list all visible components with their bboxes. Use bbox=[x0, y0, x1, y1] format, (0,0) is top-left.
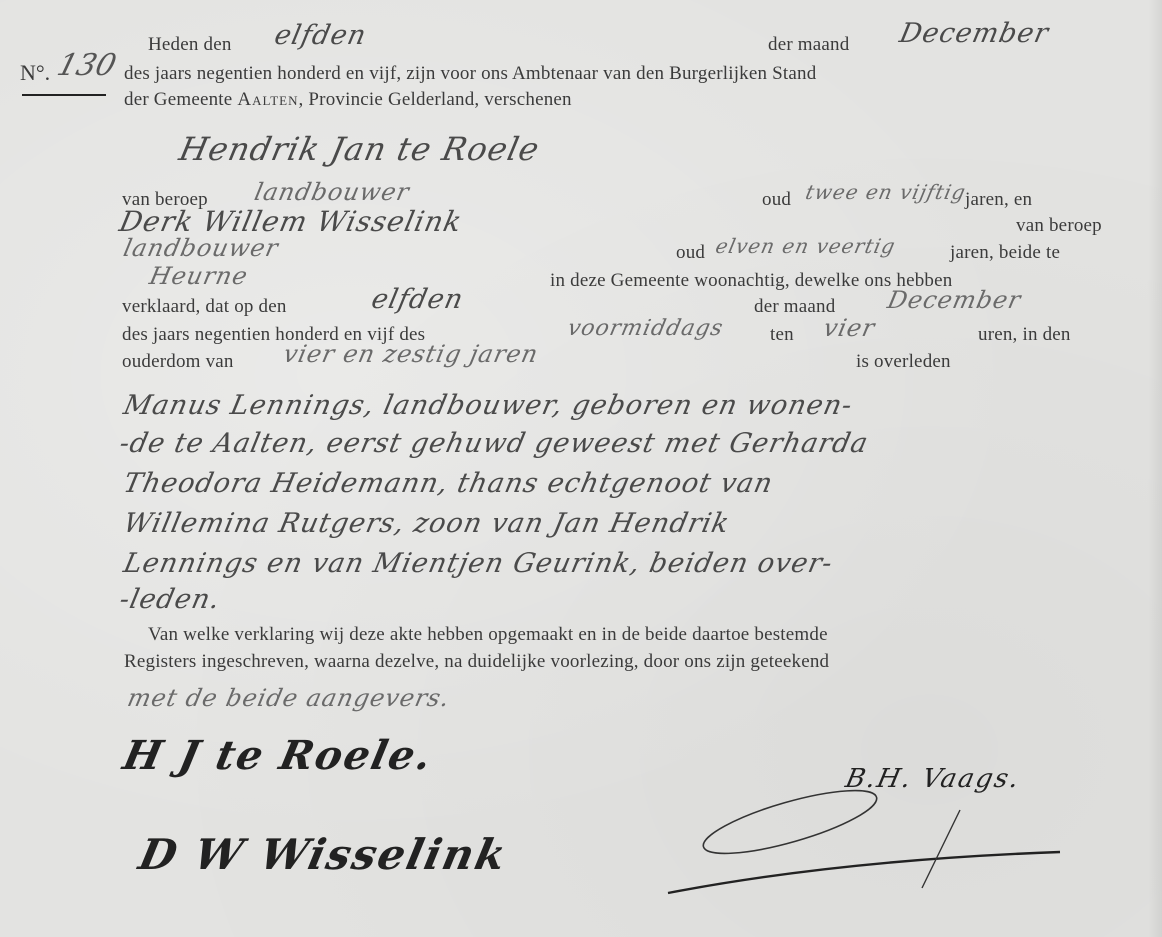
record-number: 130 bbox=[53, 48, 120, 83]
text-jaren-en: jaren, en bbox=[965, 189, 1032, 211]
registrar-signature-flourish bbox=[640, 760, 1100, 910]
hand-hour: vier bbox=[821, 314, 878, 342]
text-van-beroep-2: van beroep bbox=[1016, 215, 1102, 237]
hand-age-1: twee en vijftig bbox=[803, 180, 968, 204]
hand-closing: met de beide aangevers. bbox=[125, 684, 453, 712]
text-line-2: des jaars negentien honderd en vijf, zij… bbox=[124, 63, 816, 85]
place-aalten: Aalten bbox=[237, 89, 298, 110]
text-is-overleden: is overleden bbox=[856, 351, 951, 373]
hand-occupation-2: landbouwer bbox=[121, 234, 281, 262]
text-oud-2: oud bbox=[676, 242, 705, 264]
hand-body-line-6: -leden. bbox=[117, 584, 224, 615]
death-record-page: N°. 130 Heden den elfden der maand Decem… bbox=[0, 0, 1162, 937]
hand-death-month: December bbox=[885, 286, 1024, 314]
text-closing-2: Registers ingeschreven, waarna dezelve, … bbox=[124, 651, 829, 673]
hand-time-of-day: voormiddags bbox=[565, 316, 725, 341]
text-heden-den: Heden den bbox=[148, 34, 232, 56]
hand-body-line-5: Lennings en van Mientjen Geurink, beiden… bbox=[121, 548, 836, 579]
signature-declarant-2: D W Wisselink bbox=[135, 830, 512, 879]
text-ouderdom-van: ouderdom van bbox=[122, 351, 234, 373]
hand-body-line-3: Theodora Heidemann, thans echtgenoot van bbox=[121, 468, 776, 499]
page-edge-shadow bbox=[1148, 0, 1162, 937]
text-uren-in-den: uren, in den bbox=[978, 324, 1071, 346]
record-number-label: N°. bbox=[20, 60, 50, 86]
text-ten: ten bbox=[770, 324, 794, 346]
text-closing-1: Van welke verklaring wij deze akte hebbe… bbox=[148, 624, 828, 646]
text-der-maand-2: der maand bbox=[754, 296, 835, 318]
hand-declarant-1: Hendrik Jan te Roele bbox=[176, 130, 543, 168]
hand-day: elfden bbox=[272, 20, 370, 51]
text-verklaard: verklaard, dat op den bbox=[122, 296, 287, 318]
hand-death-day: elfden bbox=[369, 284, 467, 315]
text-jaren-beide-te: jaren, beide te bbox=[950, 242, 1060, 264]
text-der-gemeente: der Gemeente bbox=[124, 89, 237, 110]
hand-deceased-age: vier en zestig jaren bbox=[281, 340, 541, 368]
hand-age-2: elven en veertig bbox=[713, 234, 898, 258]
text-der-maand: der maand bbox=[768, 34, 849, 56]
record-number-rule bbox=[22, 94, 106, 96]
text-provincie: , Provincie Gelderland, verschenen bbox=[299, 89, 572, 110]
text-line-3: der Gemeente Aalten, Provincie Gelderlan… bbox=[124, 89, 572, 111]
text-oud-1: oud bbox=[762, 189, 791, 211]
hand-occupation-1: landbouwer bbox=[252, 178, 412, 206]
hand-body-line-2: -de te Aalten, eerst gehuwd geweest met … bbox=[117, 428, 872, 459]
hand-body-line-4: Willemina Rutgers, zoon van Jan Hendrik bbox=[121, 508, 733, 539]
hand-month: December bbox=[897, 18, 1052, 49]
hand-body-line-1: Manus Lennings, landbouwer, geboren en w… bbox=[121, 390, 856, 421]
hand-residence: Heurne bbox=[147, 262, 251, 290]
signature-declarant-1: H J te Roele. bbox=[119, 732, 437, 779]
